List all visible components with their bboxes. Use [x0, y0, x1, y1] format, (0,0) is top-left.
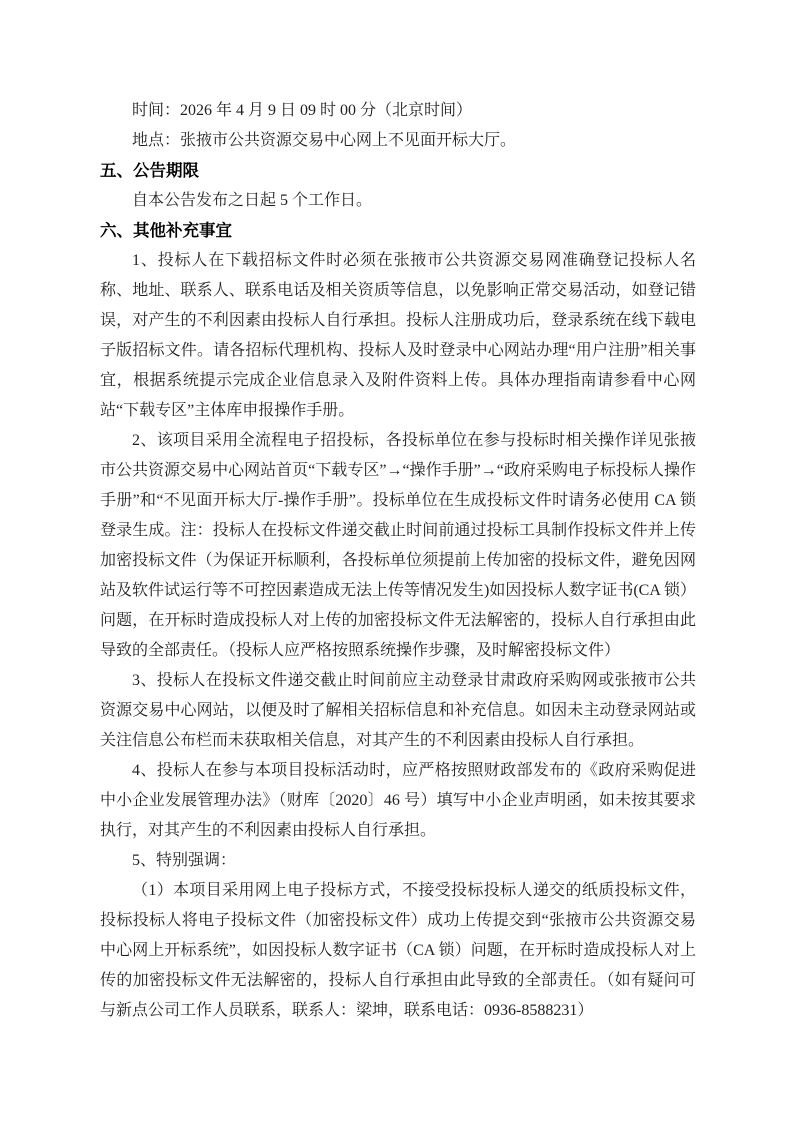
section-heading-announcement-period: 五、公告期限 — [100, 156, 696, 186]
opening-location-line: 地点：张掖市公共资源交易中心网上不见面开标大厅。 — [100, 126, 696, 156]
document-body: 时间：2026 年 4 月 9 日 09 时 00 分（北京时间） 地点：张掖市… — [100, 96, 696, 1026]
opening-time-line: 时间：2026 年 4 月 9 日 09 时 00 分（北京时间） — [100, 96, 696, 126]
supplementary-item-2: 2、该项目采用全流程电子招投标，各投标单位在参与投标时相关操作详见张掖市公共资源… — [100, 426, 696, 666]
supplementary-item-1: 1、投标人在下载招标文件时必须在张掖市公共资源交易网准确登记投标人名称、地址、联… — [100, 246, 696, 426]
special-emphasis-subitem-1: （1）本项目采用网上电子投标方式，不接受投标投标人递交的纸质投标文件，投标投标人… — [100, 876, 696, 1026]
supplementary-item-4: 4、投标人在参与本项目投标活动时，应严格按照财政部发布的《政府采购促进中小企业发… — [100, 756, 696, 846]
supplementary-item-3: 3、投标人在投标文件递交截止时间前应主动登录甘肃政府采购网或张掖市公共资源交易中… — [100, 666, 696, 756]
section-heading-other-supplementary-matters: 六、其他补充事宜 — [100, 216, 696, 246]
document-page: 时间：2026 年 4 月 9 日 09 时 00 分（北京时间） 地点：张掖市… — [0, 0, 793, 1122]
announcement-period-text: 自本公告发布之日起 5 个工作日。 — [100, 186, 696, 216]
supplementary-item-5-special-emphasis: 5、特别强调： — [100, 846, 696, 876]
